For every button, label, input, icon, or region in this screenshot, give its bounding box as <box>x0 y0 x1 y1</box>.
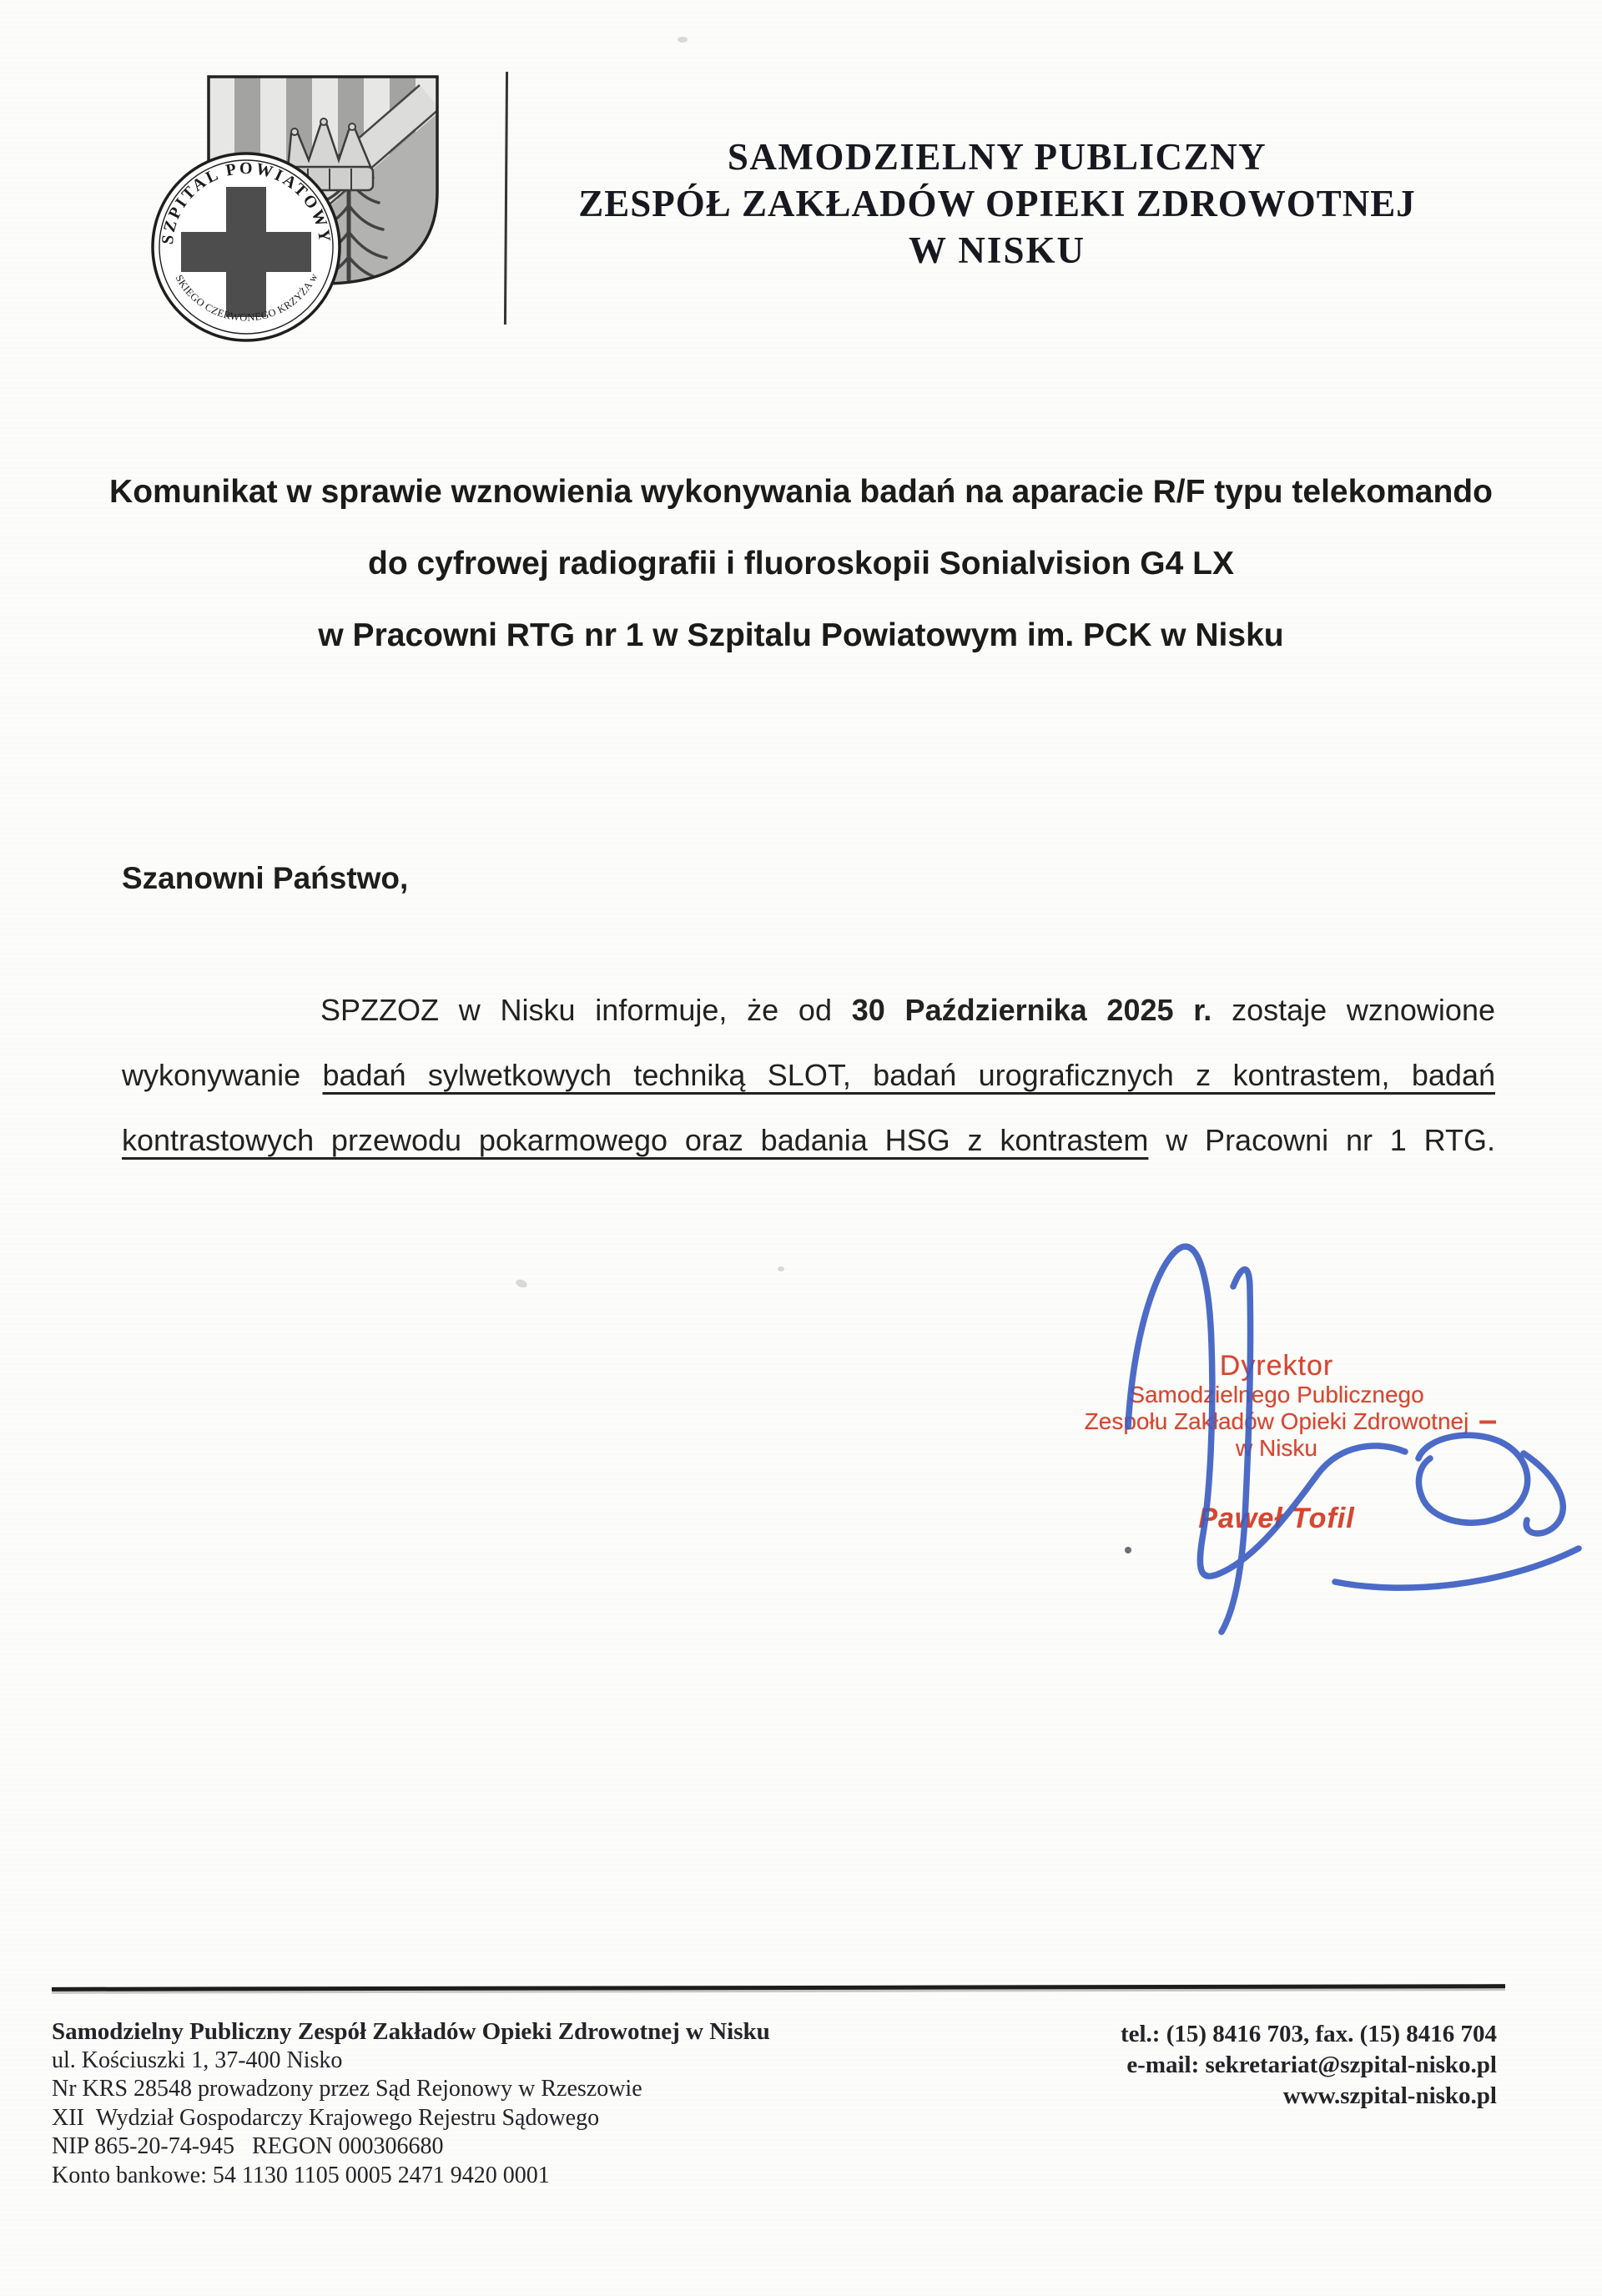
body-text-underlined: badań sylwetkowych techniką SLOT, badań … <box>322 1058 1495 1092</box>
body-text-underlined: kontrastowych przewodu pokarmowego oraz … <box>122 1123 1148 1157</box>
org-name-line2: ZESPÓŁ ZAKŁADÓW OPIEKI ZDROWOTNEJ <box>534 180 1460 227</box>
signature-stroke <box>1418 1435 1528 1523</box>
salutation: Szanowni Państwo, <box>122 861 408 896</box>
body-text: zostaje wznowione <box>1212 993 1495 1027</box>
footer-nip-regon: NIP 865-20-74-945 REGON 000306680 <box>52 2132 886 2162</box>
org-header: SAMODZIELNY PUBLICZNY ZESPÓŁ ZAKŁADÓW OP… <box>534 133 1460 274</box>
title-line1: Komunikat w sprawie wznowienia wykonywan… <box>0 472 1602 544</box>
footer-bank-account: Konto bankowe: 54 1130 1105 0005 2471 94… <box>52 2162 886 2191</box>
title-line2: do cyfrowej radiografii i fluoroskopii S… <box>0 544 1602 616</box>
body-paragraph-line2: wykonywanie badań sylwetkowych techniką … <box>122 1041 1495 1111</box>
body-text-bold-date: 30 Października 2025 r. <box>852 993 1212 1027</box>
scan-speck <box>778 1266 784 1271</box>
footer-phone-fax: tel.: (15) 8416 703, fax. (15) 8416 704 <box>913 2019 1497 2050</box>
org-name-line3: W NISKU <box>534 227 1460 274</box>
signature-stroke <box>1524 1453 1563 1533</box>
signature <box>1043 1193 1602 1660</box>
ink-dot <box>1125 1547 1131 1553</box>
scan-speck <box>678 37 688 43</box>
signature-stroke <box>1222 1270 1251 1633</box>
footer-website: www.szpital-nisko.pl <box>913 2081 1497 2112</box>
body-text: w Pracowni nr 1 RTG. <box>1148 1123 1495 1157</box>
footer-org-info: Samodzielny Publiczny Zespół Zakładów Op… <box>52 2017 886 2190</box>
scan-speck <box>515 1278 528 1289</box>
body-text: wykonywanie <box>122 1058 322 1092</box>
title-line3: w Pracowni RTG nr 1 w Szpitalu Powiatowy… <box>0 616 1602 687</box>
footer-court: XII Wydział Gospodarczy Krajowego Rejest… <box>52 2104 886 2133</box>
signature-stroke <box>1128 1246 1405 1576</box>
footer-krs: Nr KRS 28548 prowadzony przez Sąd Rejono… <box>52 2075 886 2104</box>
signature-stroke <box>1335 1548 1579 1588</box>
footer-contact-info: tel.: (15) 8416 703, fax. (15) 8416 704 … <box>913 2019 1497 2112</box>
footer-address: ul. Kościuszki 1, 37-400 Nisko <box>52 2047 886 2076</box>
footer-org-name: Samodzielny Publiczny Zespół Zakładów Op… <box>52 2017 886 2047</box>
footer-email: e-mail: sekretariat@szpital-nisko.pl <box>913 2050 1497 2081</box>
body-paragraph-line3: kontrastowych przewodu pokarmowego oraz … <box>122 1106 1495 1176</box>
org-name-line1: SAMODZIELNY PUBLICZNY <box>534 133 1460 180</box>
letter-title: Komunikat w sprawie wznowienia wykonywan… <box>0 472 1602 687</box>
footer-divider <box>52 1984 1505 1991</box>
body-text: SPZZOZ w Nisku informuje, że od <box>320 993 852 1027</box>
body-paragraph-line1: SPZZOZ w Nisku informuje, że od 30 Paźdz… <box>122 976 1495 1046</box>
scanned-letter-page: SZPITAL POWIATOWY im. POLSKIEGO CZERWONE… <box>0 0 1602 2296</box>
header-divider-line <box>504 72 508 325</box>
hospital-logo: SZPITAL POWIATOWY im. POLSKIEGO CZERWONE… <box>129 67 471 400</box>
